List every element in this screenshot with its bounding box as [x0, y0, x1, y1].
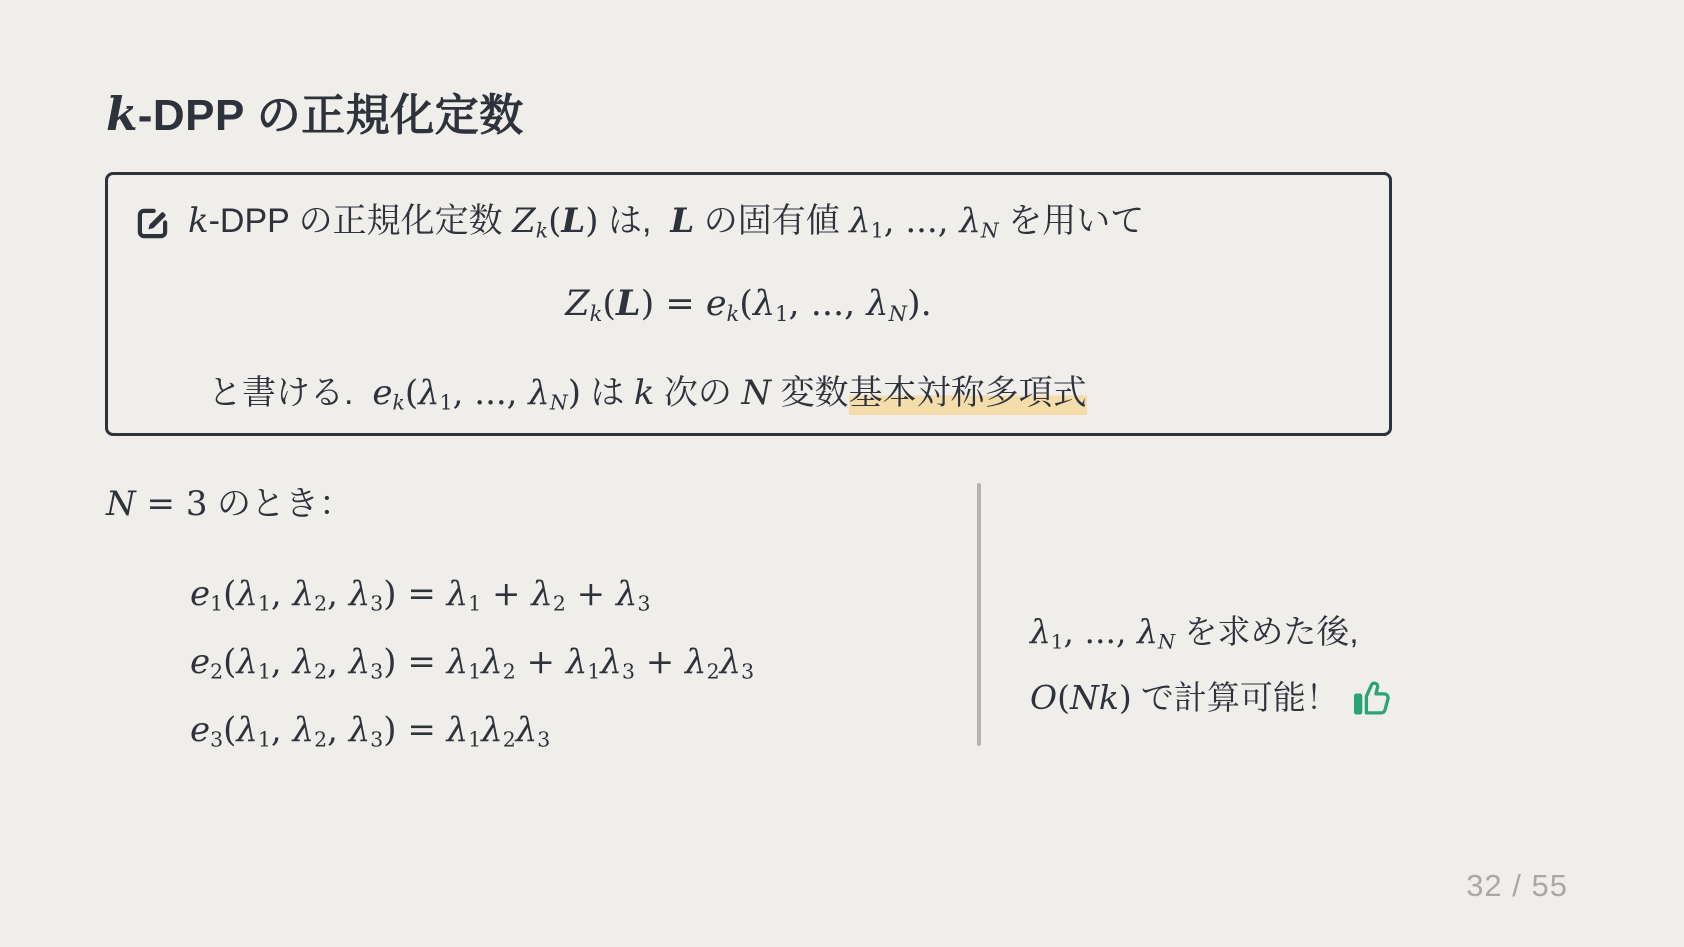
elementary-symmetric-eq-2: e2(λ1, λ2, λ3) = λ1λ2 + λ1λ3 + λ2λ3	[190, 638, 754, 687]
page-title: k-DPP の正規化定数	[106, 81, 524, 148]
definition-box: k-DPP の正規化定数 Zk(L) は, L の固有値 λ1, ..., λN…	[105, 172, 1392, 436]
edit-pencil-square-icon	[136, 204, 172, 240]
highlighted-term: 基本対称多項式	[849, 374, 1087, 415]
definition-note-line: と書ける. ek(λ1, ..., λN) は k 次の N 変数基本対称多項式	[208, 369, 1087, 418]
elementary-symmetric-eq-3: e3(λ1, λ2, λ3) = λ1λ2λ3	[190, 706, 550, 755]
slide: k-DPP の正規化定数 k-DPP の正規化定数 Zk(L) は, L の固有…	[0, 0, 1684, 947]
elementary-symmetric-eq-1: e1(λ1, λ2, λ3) = λ1 + λ2 + λ3	[190, 570, 651, 619]
vertical-divider	[977, 483, 981, 746]
example-heading: N = 3 のとき：	[106, 480, 353, 529]
page-number: 32 / 55	[1466, 868, 1568, 904]
definition-intro-text: k-DPP の正規化定数 Zk(L) は, L の固有値 λ1, ..., λN…	[188, 197, 1144, 246]
thumbs-up-icon	[1351, 679, 1395, 717]
definition-intro-line: k-DPP の正規化定数 Zk(L) は, L の固有値 λ1, ..., λN…	[136, 197, 1144, 246]
note-line-2: O(Nk) で計算可能！	[1030, 674, 1395, 722]
normalization-equation: Zk(L) = ek(λ1, ..., λN).	[108, 279, 1389, 330]
note-line-1: λ1, ..., λN を求めた後,	[1030, 608, 1359, 657]
note-line-2-text: O(Nk) で計算可能！	[1030, 674, 1339, 722]
